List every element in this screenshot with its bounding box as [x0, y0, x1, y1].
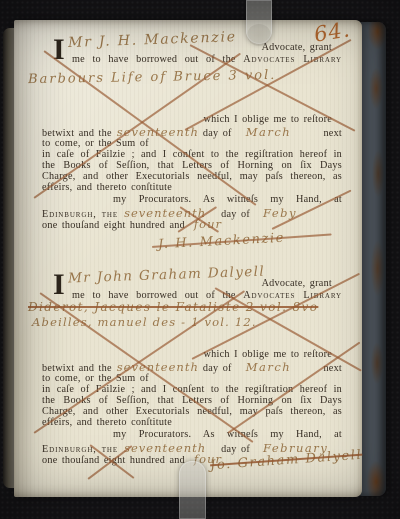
- day-of-text: day of: [221, 209, 250, 220]
- effeirs-line: effeirs, and thereto conſtitute: [42, 417, 172, 428]
- restore-line: which I oblige me to reſtore: [204, 114, 332, 125]
- drop-cap-initial: I: [53, 271, 65, 299]
- charge-line: Charge, and other Executorials needful, …: [42, 171, 342, 182]
- book-fore-edge: [358, 22, 386, 496]
- library-name: Advocates Library: [243, 54, 342, 65]
- betwixt-line: betwixt and the seventeenth day of March…: [42, 360, 342, 374]
- book-title-handwritten: Diderot, Jacques le Fataliste 2 vol. 8vo: [28, 300, 318, 314]
- charge-line: Charge, and other Executorials needful, …: [42, 406, 342, 417]
- day-of-text: day of: [221, 444, 250, 455]
- sum-line: to come, or the Sum of: [42, 138, 342, 149]
- return-month-handwritten: March: [246, 360, 291, 374]
- sum-line: to come, or the Sum of: [42, 373, 342, 384]
- advocate-grant-text: Advocate, grant: [262, 278, 332, 289]
- effeirs-line: effeirs, and thereto conſtitute: [42, 182, 172, 193]
- book-page: I Mr J. H. Mackenzie Advocate, grant me …: [14, 20, 362, 497]
- restore-line: which I oblige me to reſtore: [204, 349, 332, 360]
- book-title-handwritten: Abeilles, manuel des - 1 vol. 12.: [32, 315, 257, 329]
- procurators-line: my Procurators. As witneſs my Hand, at: [113, 194, 342, 205]
- return-month-handwritten: March: [246, 125, 291, 139]
- borrowed-line: me to have borrowed out of the Advocates…: [72, 54, 342, 65]
- borrower-name-handwritten: Mr John Graham Dalyell: [68, 264, 266, 287]
- year-line-text: one thouſand eight hundred and: [42, 220, 185, 231]
- borrower-name-handwritten: Mr J. H. Mackenzie: [68, 29, 237, 51]
- bottom-holding-strip: [179, 461, 206, 519]
- top-holding-strip: [246, 0, 272, 44]
